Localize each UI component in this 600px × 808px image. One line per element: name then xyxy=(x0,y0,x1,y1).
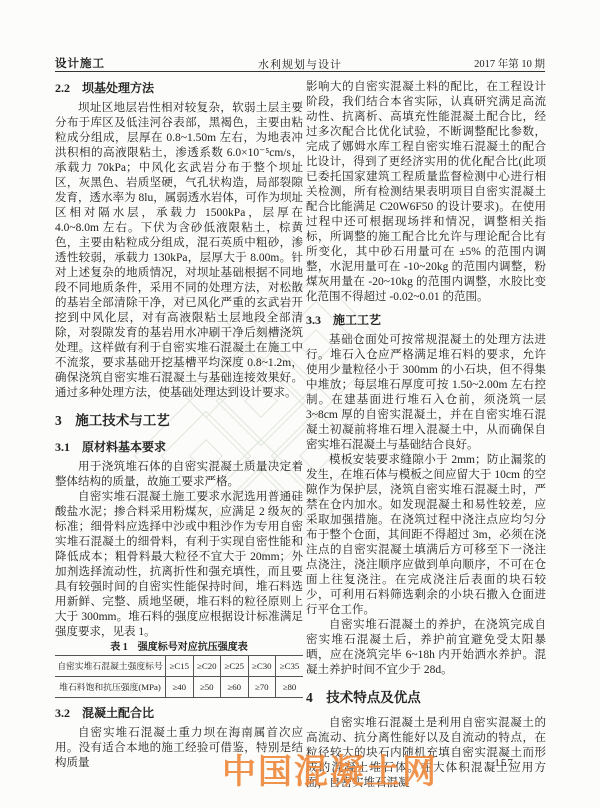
table-caption: 表 1 强度标号对应抗压强度表 xyxy=(55,640,303,655)
table-cell: ≥40 xyxy=(166,677,194,698)
paragraph-process-2: 模板安装要求缝隙小于 2mm；防止漏浆的发生，在堆石体与模板之间应留大于 10c… xyxy=(306,453,546,618)
table-row: 自密实堆石混凝土强度标号 ≥C15 ≥C20 ≥C25 ≥C30 ≥C35 xyxy=(55,656,303,677)
left-column: 2.2 坝基处理方法 坝址区地层岩性相对较复杂，软弱土层主要分布于库区及低洼河谷… xyxy=(55,80,303,771)
paragraph-materials-1: 用于浇筑堆石体的自密实混凝土质量决定着整体结构的质量，故施工要求严格。 xyxy=(55,460,303,490)
heading-3: 3 施工技术与工艺 xyxy=(55,412,303,430)
issue-label: 2017 年第 10 期 xyxy=(474,56,545,71)
table-cell: 自密实堆石混凝土强度标号 xyxy=(55,656,166,677)
table-cell: ≥C30 xyxy=(248,656,276,677)
heading-3-1: 3.1 原材料基本要求 xyxy=(55,439,303,455)
heading-4: 4 技术特点及优点 xyxy=(306,689,546,707)
header-divider xyxy=(55,71,545,72)
paragraph-dam-foundation: 坝址区地层岩性相对较复杂，软弱土层主要分布于库区及低洼河谷表部，黑褐色，主要由粘… xyxy=(55,101,303,401)
table-cell: ≥50 xyxy=(193,677,221,698)
table-row: 堆石料饱和抗压强度(MPa) ≥40 ≥50 ≥60 ≥70 ≥80 xyxy=(55,677,303,698)
page-number: · 157 · xyxy=(486,757,522,769)
right-column: 影响大的自密实混凝土料的配比，在工程设计阶段，我们结合本省实际，认真研究满足高流… xyxy=(306,80,546,791)
heading-3-2: 3.2 混凝土配合比 xyxy=(55,705,303,721)
table-cell: ≥70 xyxy=(248,677,276,698)
table-cell: ≥60 xyxy=(221,677,249,698)
paragraph-materials-2: 自密实堆石混凝土施工要求水泥选用普通硅酸盐水泥；掺合料采用粉煤灰，应满足 2 级… xyxy=(55,490,303,640)
table-cell: 堆石料饱和抗压强度(MPa) xyxy=(55,677,166,698)
paragraph-process-3: 自密实堆石混凝土的养护，在浇筑完成自密实堆石混凝土后，养护前宜避免受太阳暴晒，应… xyxy=(306,618,546,678)
heading-2-2: 2.2 坝基处理方法 xyxy=(55,80,303,96)
table-cell: ≥C20 xyxy=(193,656,221,677)
strength-table: 自密实堆石混凝土强度标号 ≥C15 ≥C20 ≥C25 ≥C30 ≥C35 堆石… xyxy=(55,655,303,698)
paragraph-mix-ratio-continued: 影响大的自密实混凝土料的配比，在工程设计阶段，我们结合本省实际，认真研究满足高流… xyxy=(306,80,546,305)
table-cell: ≥C15 xyxy=(166,656,194,677)
heading-3-3: 3.3 施工工艺 xyxy=(306,312,546,328)
journal-page: 设计施工 水利规划与设计 2017 年第 10 期 2.2 坝基处理方法 坝址区… xyxy=(0,0,600,808)
table-cell: ≥C25 xyxy=(221,656,249,677)
table-cell: ≥80 xyxy=(276,677,304,698)
site-watermark: 中国混凝土网 xyxy=(222,744,438,793)
table-cell: ≥C35 xyxy=(276,656,304,677)
paragraph-process-1: 基础仓面处可按常规混凝土的处理方法进行。堆石入仓应严格满足堆石料的要求，允许使用… xyxy=(306,333,546,453)
